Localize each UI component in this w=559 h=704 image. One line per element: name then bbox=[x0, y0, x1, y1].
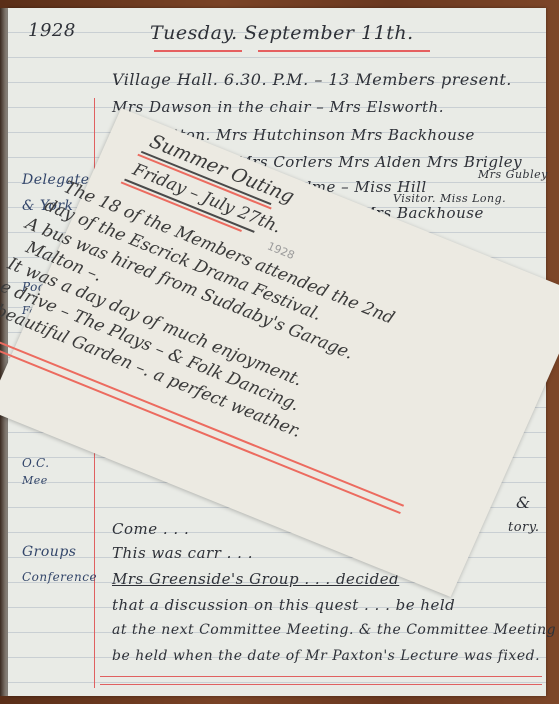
partial-word: tory. bbox=[508, 520, 540, 535]
margin-note: Conference bbox=[22, 570, 97, 584]
closing-rule bbox=[100, 676, 542, 677]
note-mrs-gubley: Mrs Gubley bbox=[478, 168, 548, 181]
closing-rule bbox=[100, 684, 542, 685]
minute-line: Come . . . bbox=[112, 520, 189, 538]
minute-line: Mrs Greenside's Group . . . decided bbox=[112, 570, 399, 588]
minute-line: be held when the date of Mr Paxton's Lec… bbox=[112, 648, 540, 664]
minute-line: This was carr . . . bbox=[112, 544, 253, 562]
margin-note: Mee bbox=[22, 474, 48, 487]
heading-underline bbox=[258, 50, 430, 52]
year-label: 1928 bbox=[28, 20, 76, 41]
minute-line: Mrs Dawson in the chair – Mrs Elsworth. bbox=[112, 98, 444, 116]
minute-line: at the next Committee Meeting. & the Com… bbox=[112, 622, 556, 638]
ampersand-note: & bbox=[516, 493, 531, 512]
minute-line: Village Hall. 6.30. P.M. – 13 Members pr… bbox=[112, 70, 512, 89]
heading-underline bbox=[154, 50, 242, 52]
margin-note: Groups bbox=[22, 544, 76, 560]
date-heading: Tuesday. September 11th. bbox=[150, 22, 414, 44]
margin-note: O.C. bbox=[22, 456, 50, 470]
minute-line: that a discussion on this quest . . . be… bbox=[112, 596, 455, 614]
